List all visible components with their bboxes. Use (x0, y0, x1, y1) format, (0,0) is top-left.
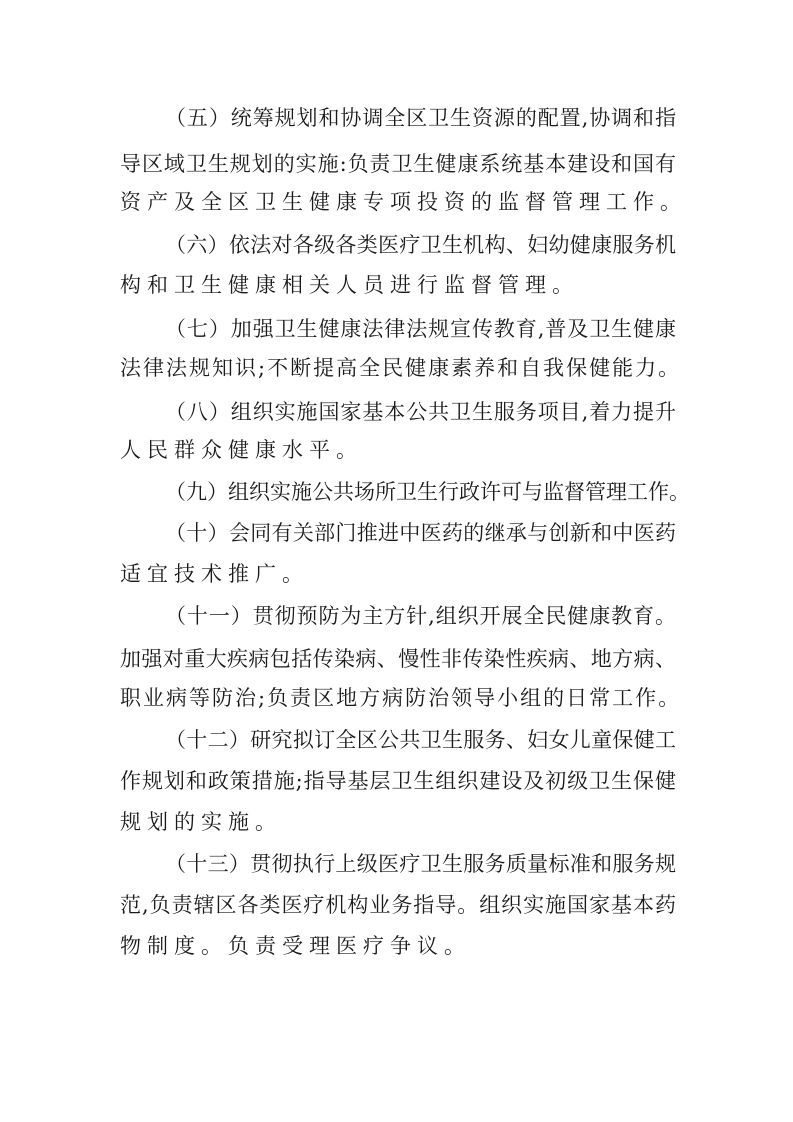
document-page: （五）统筹规划和协调全区卫生资源的配置,协调和指 导区域卫生规划的实施:负责卫生… (0, 0, 793, 1122)
text-line: （九）组织实施公共场所卫生行政许可与监督管理工作。 (165, 478, 685, 506)
text-line: （五）统筹规划和协调全区卫生资源的配置,协调和指 (165, 104, 676, 132)
text-line: 资产及全区卫生健康专项投资的监督管理工作。 (120, 188, 676, 216)
text-line: 加强对重大疾病包括传染病、慢性非传染性疾病、地方病、 (120, 645, 676, 673)
text-line: （八）组织实施国家基本公共卫生服务项目,着力提升 (165, 398, 676, 426)
text-line: （十二）研究拟订全区公共卫生服务、妇女儿童保健工 (165, 726, 676, 754)
text-line: 物制度。负责受理医疗争议。 (120, 932, 676, 960)
text-line: 职业病等防治;负责区地方病防治领导小组的日常工作。 (120, 684, 676, 712)
text-line: （六）依法对各级各类医疗卫生机构、妇幼健康服务机 (165, 231, 676, 259)
text-line: 范,负责辖区各类医疗机构业务指导。组织实施国家基本药 (120, 891, 676, 919)
text-line: 人民群众健康水平。 (120, 436, 676, 464)
text-line: （十一）贯彻预防为主方针,组织开展全民健康教育。 (165, 602, 676, 630)
text-line: （七）加强卫生健康法律法规宣传教育,普及卫生健康 (165, 315, 676, 343)
text-line: （十三）贯彻执行上级医疗卫生服务质量标准和服务规 (165, 850, 676, 878)
text-line: （十）会同有关部门推进中医药的继承与创新和中医药 (165, 519, 676, 547)
text-line: 作规划和政策措施;指导基层卫生组织建设及初级卫生保健 (120, 767, 676, 795)
text-line: 法律法规知识;不断提高全民健康素养和自我保健能力。 (120, 354, 676, 382)
text-line: 导区域卫生规划的实施:负责卫生健康系统基本建设和国有 (120, 150, 676, 178)
text-line: 适宜技术推广。 (120, 560, 676, 588)
text-line: 构和卫生健康相关人员进行监督管理。 (120, 271, 676, 299)
text-line: 规划的实施。 (120, 808, 676, 836)
